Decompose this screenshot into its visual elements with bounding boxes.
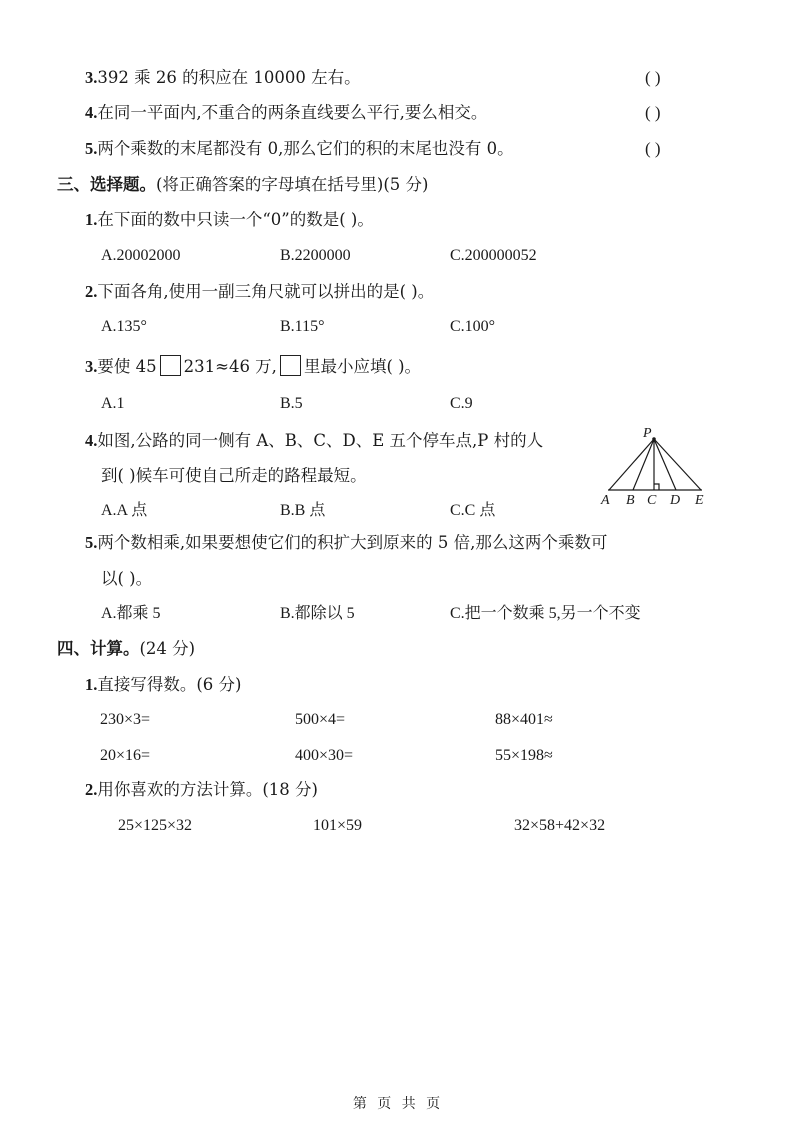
calc-item: 500×4= <box>295 709 345 731</box>
calc-part-2: 2.用你喜欢的方法计算。(18 分) <box>85 779 318 801</box>
option-a[interactable]: A.1 <box>101 393 125 415</box>
question-2: 2.下面各角,使用一副三角尺就可以拼出的是( )。 <box>85 281 434 303</box>
blank-box[interactable] <box>280 355 301 376</box>
option-b[interactable]: B.2200000 <box>280 245 351 267</box>
question-number: 5. <box>85 533 97 552</box>
calc-item: 400×30= <box>295 745 353 767</box>
calc-part-1: 1.直接写得数。(6 分) <box>85 674 242 696</box>
item-text: 392 乘 26 的积应在 10000 左右。 <box>97 68 360 87</box>
option-a[interactable]: A.A 点 <box>101 500 147 522</box>
question-number: 4. <box>85 431 97 450</box>
judgement-item-4: 4.在同一平面内,不重合的两条直线要么平行,要么相交。 <box>85 102 487 124</box>
part-number: 1. <box>85 675 97 694</box>
option-a[interactable]: A.135° <box>101 316 147 338</box>
part-text: 用你喜欢的方法计算。(18 分) <box>97 780 318 799</box>
question-5-line2: 以( )。 <box>101 568 152 590</box>
item-text: 在同一平面内,不重合的两条直线要么平行,要么相交。 <box>97 103 487 122</box>
blank-box[interactable] <box>160 355 181 376</box>
option-b[interactable]: B.都除以 5 <box>280 603 355 625</box>
calc-item: 101×59 <box>313 815 362 837</box>
question-4-line1: 4.如图,公路的同一侧有 A、B、C、D、E 五个停车点,P 村的人 <box>85 430 543 452</box>
question-5-line1: 5.两个数相乘,如果要想使它们的积扩大到原来的 5 倍,那么这两个乘数可 <box>85 532 607 554</box>
question-3: 3.要使 45231≈46 万,里最小应填( )。 <box>85 355 421 378</box>
option-c[interactable]: C.把一个数乘 5,另一个不变 <box>450 603 641 625</box>
section-title: 四、计算。 <box>57 639 140 658</box>
road-figure: P A B C D E <box>595 422 715 507</box>
question-1: 1.在下面的数中只读一个“0”的数是( )。 <box>85 209 374 231</box>
section-title: 三、选择题。 <box>57 175 156 194</box>
option-a[interactable]: A.都乘 5 <box>101 603 161 625</box>
label-p: P <box>642 426 652 441</box>
option-c[interactable]: C.200000052 <box>450 245 537 267</box>
section-note: (将正确答案的字母填在括号里)(5 分) <box>156 175 429 194</box>
item-number: 4. <box>85 103 97 122</box>
question-4-line2: 到( )候车可使自己所走的路程最短。 <box>101 465 367 487</box>
judgement-item-3: 3.392 乘 26 的积应在 10000 左右。 <box>85 67 361 89</box>
question-text: 如图,公路的同一侧有 A、B、C、D、E 五个停车点,P 村的人 <box>97 431 543 450</box>
answer-blank[interactable]: ( ) <box>645 102 661 124</box>
svg-text:D: D <box>669 493 680 507</box>
svg-text:A: A <box>600 493 610 507</box>
judgement-item-5: 5.两个乘数的末尾都没有 0,那么它们的积的末尾也没有 0。 <box>85 138 514 160</box>
question-number: 2. <box>85 282 97 301</box>
question-number: 3. <box>85 357 97 376</box>
svg-text:E: E <box>694 493 704 507</box>
item-number: 3. <box>85 68 97 87</box>
item-text: 两个乘数的末尾都没有 0,那么它们的积的末尾也没有 0。 <box>97 139 513 158</box>
item-number: 5. <box>85 139 97 158</box>
option-b[interactable]: B.B 点 <box>280 500 325 522</box>
answer-blank[interactable]: ( ) <box>645 67 661 89</box>
option-a[interactable]: A.20002000 <box>101 245 181 267</box>
option-c[interactable]: C.100° <box>450 316 495 338</box>
calc-item: 32×58+42×32 <box>514 815 605 837</box>
question-text: 在下面的数中只读一个“0”的数是( )。 <box>97 210 374 229</box>
page-footer: 第 页 共 页 <box>0 1093 793 1113</box>
calc-item: 20×16= <box>100 745 150 767</box>
option-c[interactable]: C.9 <box>450 393 473 415</box>
question-text: 下面各角,使用一副三角尺就可以拼出的是( )。 <box>97 282 434 301</box>
question-text: 两个数相乘,如果要想使它们的积扩大到原来的 5 倍,那么这两个乘数可 <box>97 533 607 552</box>
part-number: 2. <box>85 780 97 799</box>
question-number: 1. <box>85 210 97 229</box>
calc-item: 88×401≈ <box>495 709 553 731</box>
option-b[interactable]: B.5 <box>280 393 303 415</box>
calc-item: 230×3= <box>100 709 150 731</box>
svg-text:C: C <box>647 493 657 507</box>
section-heading-choice: 三、选择题。(将正确答案的字母填在括号里)(5 分) <box>57 174 429 196</box>
option-b[interactable]: B.115° <box>280 316 324 338</box>
calc-item: 55×198≈ <box>495 745 553 767</box>
part-text: 直接写得数。(6 分) <box>97 675 241 694</box>
answer-blank[interactable]: ( ) <box>645 138 661 160</box>
section-note: (24 分) <box>140 639 196 658</box>
question-text-part: 231≈46 万, <box>184 357 277 376</box>
svg-text:B: B <box>626 493 635 507</box>
question-text-part: 要使 45 <box>97 357 156 376</box>
option-c[interactable]: C.C 点 <box>450 500 495 522</box>
section-heading-calc: 四、计算。(24 分) <box>57 638 195 660</box>
question-text-part: 里最小应填( )。 <box>304 357 421 376</box>
calc-item: 25×125×32 <box>118 815 192 837</box>
